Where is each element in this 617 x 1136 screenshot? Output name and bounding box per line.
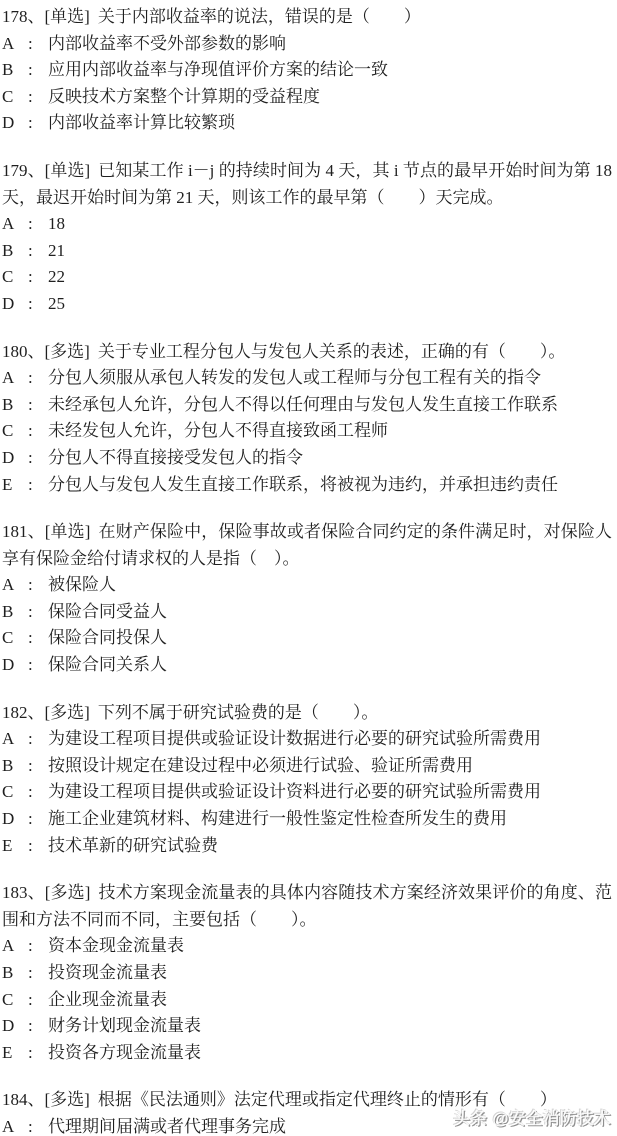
- question-type-tag: [多选]: [45, 342, 90, 361]
- option-label: A: [2, 365, 28, 392]
- option-row: D : 分包人不得直接接受发包人的指令: [2, 445, 612, 472]
- option-separator: :: [28, 392, 48, 419]
- option-separator: :: [28, 987, 48, 1014]
- option-row: B : 保险合同受益人: [2, 599, 612, 626]
- option-row: A : 18: [2, 211, 612, 238]
- option-label: E: [2, 1040, 28, 1067]
- option-row: D : 施工企业建筑材料、构建进行一般性鉴定性检查所发生的费用: [2, 806, 612, 833]
- question-number-delimiter: 、: [28, 522, 45, 541]
- option-label: E: [2, 472, 28, 499]
- option-row: A : 为建设工程项目提供或验证设计数据进行必要的研究试验所需费用: [2, 726, 612, 753]
- question-number: 181: [2, 522, 28, 541]
- question-stem-line: 180、[多选]关于专业工程分包人与发包人关系的表述，正确的有（ ）。: [2, 339, 612, 366]
- option-text: 资本金现金流量表: [48, 933, 612, 960]
- option-separator: :: [28, 418, 48, 445]
- option-row: A : 内部收益率不受外部参数的影响: [2, 31, 612, 58]
- option-text: 保险合同受益人: [48, 599, 612, 626]
- option-text: 施工企业建筑材料、构建进行一般性鉴定性检查所发生的费用: [48, 806, 612, 833]
- option-separator: :: [28, 833, 48, 860]
- exam-question-page: 178、[单选]关于内部收益率的说法，错误的是（ ） A : 内部收益率不受外部…: [0, 0, 617, 1136]
- option-text: 企业现金流量表: [48, 987, 612, 1014]
- option-separator: :: [28, 211, 48, 238]
- option-label: C: [2, 84, 28, 111]
- option-row: E : 分包人与发包人发生直接工作联系，将被视为违约，并承担违约责任: [2, 472, 612, 499]
- option-separator: :: [28, 264, 48, 291]
- option-label: C: [2, 779, 28, 806]
- option-text: 21: [48, 238, 612, 265]
- question-stem-line: 181、[单选]在财产保险中，保险事故或者保险合同约定的条件满足时，对保险人享有…: [2, 519, 612, 572]
- question-number: 182: [2, 703, 28, 722]
- option-separator: :: [28, 960, 48, 987]
- option-label: C: [2, 625, 28, 652]
- option-label: A: [2, 31, 28, 58]
- option-label: B: [2, 960, 28, 987]
- question-number-delimiter: 、: [28, 342, 45, 361]
- option-text: 保险合同投保人: [48, 625, 612, 652]
- option-separator: :: [28, 445, 48, 472]
- option-label: C: [2, 987, 28, 1014]
- question-block: 183、[多选]技术方案现金流量表的具体内容随技术方案经济效果评价的角度、范围和…: [2, 880, 612, 1066]
- option-row: D : 内部收益率计算比较繁琐: [2, 110, 612, 137]
- options: A : 分包人须服从承包人转发的发包人或工程师与分包工程有关的指令 B : 未经…: [2, 365, 612, 498]
- option-label: B: [2, 57, 28, 84]
- option-text: 分包人须服从承包人转发的发包人或工程师与分包工程有关的指令: [48, 365, 612, 392]
- options: A : 被保险人 B : 保险合同受益人 C : 保险合同投保人 D : 保险合…: [2, 572, 612, 678]
- option-row: C : 保险合同投保人: [2, 625, 612, 652]
- question-stem: 已知某工作 i－j 的持续时间为 4 天，其 i 节点的最早开始时间为第 18 …: [2, 161, 612, 207]
- option-row: A : 被保险人: [2, 572, 612, 599]
- option-separator: :: [28, 238, 48, 265]
- option-label: D: [2, 110, 28, 137]
- question-stem-line: 178、[单选]关于内部收益率的说法，错误的是（ ）: [2, 4, 612, 31]
- option-separator: :: [28, 84, 48, 111]
- option-text: 财务计划现金流量表: [48, 1013, 612, 1040]
- option-label: D: [2, 806, 28, 833]
- option-label: B: [2, 238, 28, 265]
- option-row: B : 应用内部收益率与净现值评价方案的结论一致: [2, 57, 612, 84]
- watermark: 头条 @安全消防技术: [453, 1106, 611, 1133]
- option-label: D: [2, 291, 28, 318]
- question-type-tag: [单选]: [45, 7, 90, 26]
- option-text: 18: [48, 211, 612, 238]
- question-number-delimiter: 、: [28, 883, 45, 902]
- option-label: A: [2, 572, 28, 599]
- question-number: 183: [2, 883, 28, 902]
- option-text: 内部收益率不受外部参数的影响: [48, 31, 612, 58]
- question-number-delimiter: 、: [28, 1090, 45, 1109]
- question-stem: 在财产保险中，保险事故或者保险合同约定的条件满足时，对保险人享有保险金给付请求权…: [2, 522, 612, 568]
- option-label: E: [2, 833, 28, 860]
- option-row: B : 投资现金流量表: [2, 960, 612, 987]
- option-label: D: [2, 652, 28, 679]
- option-text: 为建设工程项目提供或验证设计资料进行必要的研究试验所需费用: [48, 779, 612, 806]
- option-text: 按照设计规定在建设过程中必须进行试验、验证所需费用: [48, 753, 612, 780]
- option-text: 应用内部收益率与净现值评价方案的结论一致: [48, 57, 612, 84]
- question-number: 179: [2, 161, 28, 180]
- option-row: D : 25: [2, 291, 612, 318]
- option-text: 25: [48, 291, 612, 318]
- options: A : 内部收益率不受外部参数的影响 B : 应用内部收益率与净现值评价方案的结…: [2, 31, 612, 137]
- option-text: 分包人与发包人发生直接工作联系，将被视为违约，并承担违约责任: [48, 472, 612, 499]
- option-text: 为建设工程项目提供或验证设计数据进行必要的研究试验所需费用: [48, 726, 612, 753]
- option-row: C : 反映技术方案整个计算期的受益程度: [2, 84, 612, 111]
- option-text: 被保险人: [48, 572, 612, 599]
- option-row: B : 按照设计规定在建设过程中必须进行试验、验证所需费用: [2, 753, 612, 780]
- question-type-tag: [单选]: [45, 522, 91, 541]
- question-stem: 技术方案现金流量表的具体内容随技术方案经济效果评价的角度、范围和方法不同而不同，…: [2, 883, 612, 929]
- option-text: 分包人不得直接接受发包人的指令: [48, 445, 612, 472]
- question-block: 179、[单选]已知某工作 i－j 的持续时间为 4 天，其 i 节点的最早开始…: [2, 158, 612, 318]
- option-label: A: [2, 211, 28, 238]
- option-separator: :: [28, 1013, 48, 1040]
- option-row: C : 为建设工程项目提供或验证设计资料进行必要的研究试验所需费用: [2, 779, 612, 806]
- option-label: B: [2, 599, 28, 626]
- options: A : 资本金现金流量表 B : 投资现金流量表 C : 企业现金流量表 D :…: [2, 933, 612, 1066]
- option-row: D : 财务计划现金流量表: [2, 1013, 612, 1040]
- option-separator: :: [28, 933, 48, 960]
- question-number: 180: [2, 342, 28, 361]
- option-label: C: [2, 418, 28, 445]
- question-block: 182、[多选]下列不属于研究试验费的是（ ）。 A : 为建设工程项目提供或验…: [2, 700, 612, 860]
- option-separator: :: [28, 57, 48, 84]
- option-text: 保险合同关系人: [48, 652, 612, 679]
- option-row: A : 分包人须服从承包人转发的发包人或工程师与分包工程有关的指令: [2, 365, 612, 392]
- options: A : 18 B : 21 C : 22 D : 25: [2, 211, 612, 317]
- option-separator: :: [28, 1114, 48, 1136]
- option-row: E : 技术革新的研究试验费: [2, 833, 612, 860]
- option-separator: :: [28, 472, 48, 499]
- option-separator: :: [28, 779, 48, 806]
- question-type-tag: [多选]: [45, 703, 90, 722]
- option-label: D: [2, 445, 28, 472]
- question-stem: 关于专业工程分包人与发包人关系的表述，正确的有（ ）。: [98, 342, 566, 361]
- option-separator: :: [28, 625, 48, 652]
- option-label: A: [2, 1114, 28, 1136]
- option-label: A: [2, 933, 28, 960]
- option-text: 反映技术方案整个计算期的受益程度: [48, 84, 612, 111]
- option-separator: :: [28, 31, 48, 58]
- option-separator: :: [28, 806, 48, 833]
- option-row: C : 22: [2, 264, 612, 291]
- question-block: 178、[单选]关于内部收益率的说法，错误的是（ ） A : 内部收益率不受外部…: [2, 4, 612, 137]
- question-stem-line: 182、[多选]下列不属于研究试验费的是（ ）。: [2, 700, 612, 727]
- option-separator: :: [28, 110, 48, 137]
- option-separator: :: [28, 291, 48, 318]
- question-stem: 下列不属于研究试验费的是（ ）。: [98, 703, 379, 722]
- question-number-delimiter: 、: [28, 703, 45, 722]
- option-row: C : 未经发包人允许，分包人不得直接致函工程师: [2, 418, 612, 445]
- option-separator: :: [28, 599, 48, 626]
- question-block: 180、[多选]关于专业工程分包人与发包人关系的表述，正确的有（ ）。 A : …: [2, 339, 612, 499]
- question-number-delimiter: 、: [28, 7, 45, 26]
- option-row: E : 投资各方现金流量表: [2, 1040, 612, 1067]
- question-type-tag: [多选]: [45, 883, 91, 902]
- option-row: C : 企业现金流量表: [2, 987, 612, 1014]
- option-row: D : 保险合同关系人: [2, 652, 612, 679]
- option-row: B : 21: [2, 238, 612, 265]
- question-number-delimiter: 、: [28, 161, 45, 180]
- option-text: 投资现金流量表: [48, 960, 612, 987]
- option-text: 投资各方现金流量表: [48, 1040, 612, 1067]
- option-label: A: [2, 726, 28, 753]
- question-number: 184: [2, 1090, 28, 1109]
- questions-list: 178、[单选]关于内部收益率的说法，错误的是（ ） A : 内部收益率不受外部…: [2, 4, 612, 1136]
- question-stem-line: 183、[多选]技术方案现金流量表的具体内容随技术方案经济效果评价的角度、范围和…: [2, 880, 612, 933]
- option-label: B: [2, 392, 28, 419]
- option-separator: :: [28, 753, 48, 780]
- question-type-tag: [多选]: [45, 1090, 90, 1109]
- option-text: 技术革新的研究试验费: [48, 833, 612, 860]
- question-block: 181、[单选]在财产保险中，保险事故或者保险合同约定的条件满足时，对保险人享有…: [2, 519, 612, 679]
- option-separator: :: [28, 726, 48, 753]
- option-label: D: [2, 1013, 28, 1040]
- option-separator: :: [28, 572, 48, 599]
- option-row: B : 未经承包人允许，分包人不得以任何理由与发包人发生直接工作联系: [2, 392, 612, 419]
- question-type-tag: [单选]: [45, 161, 91, 180]
- option-text: 内部收益率计算比较繁琐: [48, 110, 612, 137]
- option-text: 未经承包人允许，分包人不得以任何理由与发包人发生直接工作联系: [48, 392, 612, 419]
- options: A : 为建设工程项目提供或验证设计数据进行必要的研究试验所需费用 B : 按照…: [2, 726, 612, 859]
- option-label: B: [2, 753, 28, 780]
- option-text: 22: [48, 264, 612, 291]
- option-label: C: [2, 264, 28, 291]
- option-text: 未经发包人允许，分包人不得直接致函工程师: [48, 418, 612, 445]
- question-stem: 关于内部收益率的说法，错误的是（ ）: [98, 7, 421, 26]
- option-separator: :: [28, 365, 48, 392]
- question-stem-line: 179、[单选]已知某工作 i－j 的持续时间为 4 天，其 i 节点的最早开始…: [2, 158, 612, 211]
- option-separator: :: [28, 652, 48, 679]
- question-number: 178: [2, 7, 28, 26]
- option-separator: :: [28, 1040, 48, 1067]
- option-row: A : 资本金现金流量表: [2, 933, 612, 960]
